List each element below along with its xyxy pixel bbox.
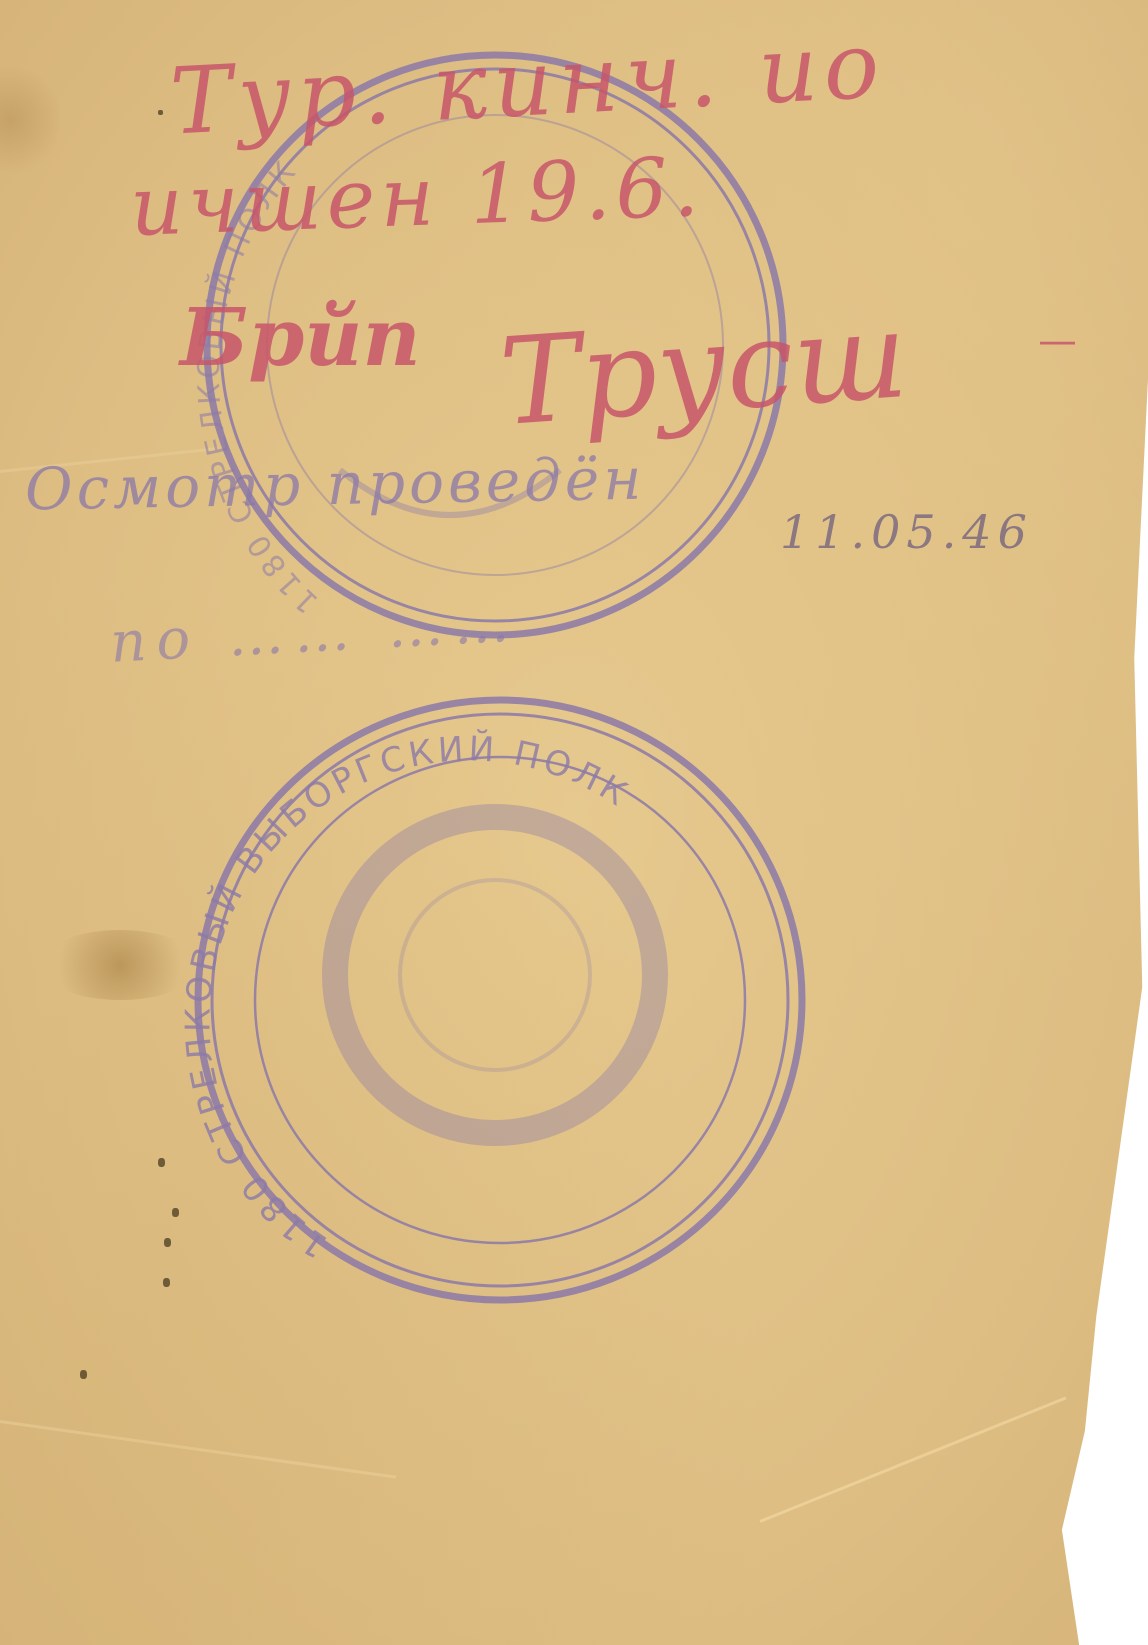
handwriting-red-signature: Трусш xyxy=(496,286,912,453)
svg-text:1180 СТРЕЛКОВЫЙ ВЫБОРГСКИЙ ПОЛ: 1180 СТРЕЛКОВЫЙ ВЫБОРГСКИЙ ПОЛК xyxy=(178,728,637,1265)
lower-stamp-ring-text: 1180 СТРЕЛКОВЫЙ ВЫБОРГСКИЙ ПОЛК xyxy=(178,728,637,1265)
handwriting-purple-date: 11.05.46 xyxy=(780,505,1033,559)
handwriting-purple-line-1: Осмотр проведён xyxy=(24,445,645,524)
handwriting-red-signature-prefix: Брйп xyxy=(180,290,421,384)
handwriting-red-line-2: ичшен 19.6. xyxy=(129,140,706,255)
signature-flourish: ‾ xyxy=(1040,330,1075,412)
